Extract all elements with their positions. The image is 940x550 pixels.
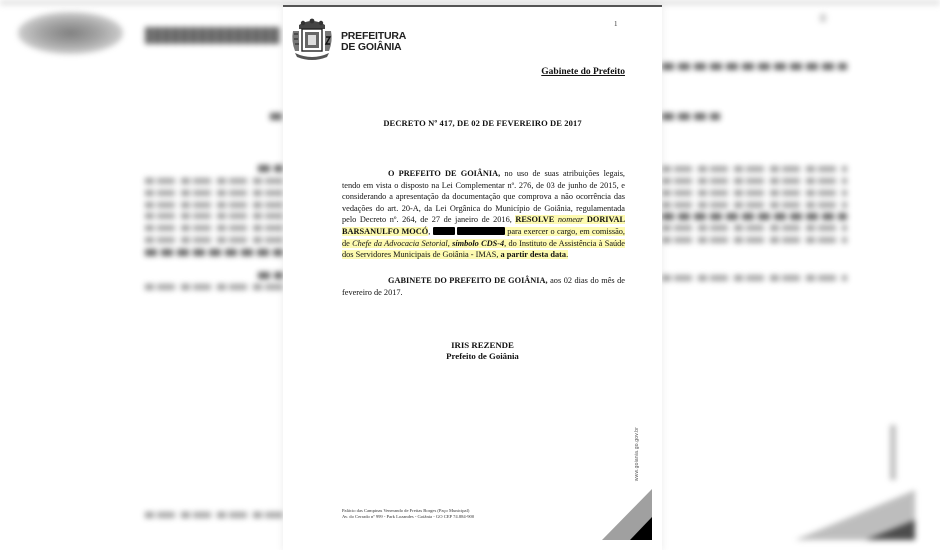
- background-line: [145, 237, 283, 243]
- background-line: [662, 213, 847, 220]
- background-line: [258, 165, 283, 172]
- background-line: [662, 225, 847, 231]
- background-line: [662, 190, 847, 196]
- punctuation: ,: [428, 227, 430, 236]
- decree-title: DECRETO Nº 417, DE 02 DE FEVEREIRO DE 20…: [283, 118, 682, 128]
- body-lead: O PREFEITO DE GOIÂNIA,: [388, 169, 500, 178]
- background-line: [145, 249, 283, 256]
- address-footer: Palácio das Campinas Venerando de Freita…: [342, 508, 474, 520]
- website-text: www.goiania.go.gov.br: [634, 427, 640, 481]
- background-line: [145, 178, 283, 184]
- nomear-word: nomear: [558, 215, 583, 224]
- background-line: [145, 225, 283, 231]
- background-line: [145, 213, 283, 219]
- footer-line-2: Av. do Cerrado nº 999 - Park Lozandes - …: [342, 514, 474, 520]
- background-line: [662, 63, 847, 70]
- background-line: [662, 166, 847, 172]
- page-number: 1: [614, 20, 618, 28]
- decree-body: O PREFEITO DE GOIÂNIA, no uso de suas at…: [342, 168, 625, 261]
- closing-paragraph: GABINETE DO PREFEITO DE GOIÂNIA, aos 02 …: [342, 275, 625, 298]
- background-line: [145, 512, 283, 518]
- brand-wordmark: PREFEITURA DE GOIÂNIA: [341, 31, 406, 52]
- brand-line-2: DE GOIÂNIA: [341, 42, 406, 53]
- position-title: Chefe da Advocacia Setorial: [352, 239, 448, 248]
- resolve-word: RESOLVE: [515, 215, 554, 224]
- city-coat-of-arms-icon: [289, 17, 335, 61]
- background-website-text: [890, 425, 896, 480]
- background-line: [270, 113, 283, 120]
- background-line: [662, 178, 847, 184]
- department-heading: Gabinete do Prefeito: [541, 67, 625, 77]
- brand-line-1: PREFEITURA: [341, 31, 406, 42]
- effective-date: a partir desta data: [501, 250, 567, 259]
- signatory-role: Prefeito de Goiânia: [283, 351, 682, 362]
- document-page: PREFEITURA DE GOIÂNIA 1 Gabinete do Pref…: [283, 5, 662, 550]
- redaction-bar: [433, 227, 455, 235]
- background-crest: [18, 12, 123, 54]
- punctuation: .: [566, 250, 568, 259]
- background-line: [145, 202, 283, 208]
- background-line: [662, 202, 847, 208]
- background-corner-decoration: [795, 490, 915, 545]
- background-page-number: [820, 14, 826, 22]
- background-line: [145, 284, 283, 290]
- background-line: [258, 272, 283, 279]
- redaction-bar: [457, 227, 505, 235]
- background-brand-text: [145, 27, 280, 44]
- background-line: [662, 237, 847, 243]
- position-symbol: símbolo CDS-4: [452, 239, 504, 248]
- signatory-name: IRIS REZENDE: [283, 340, 682, 351]
- corner-triangle-decoration: [602, 489, 652, 540]
- background-line: [662, 275, 847, 281]
- background-line: [145, 190, 283, 196]
- closing-bold: GABINETE DO PREFEITO DE GOIÂNIA,: [388, 276, 548, 285]
- signature-block: IRIS REZENDE Prefeito de Goiânia: [283, 340, 682, 362]
